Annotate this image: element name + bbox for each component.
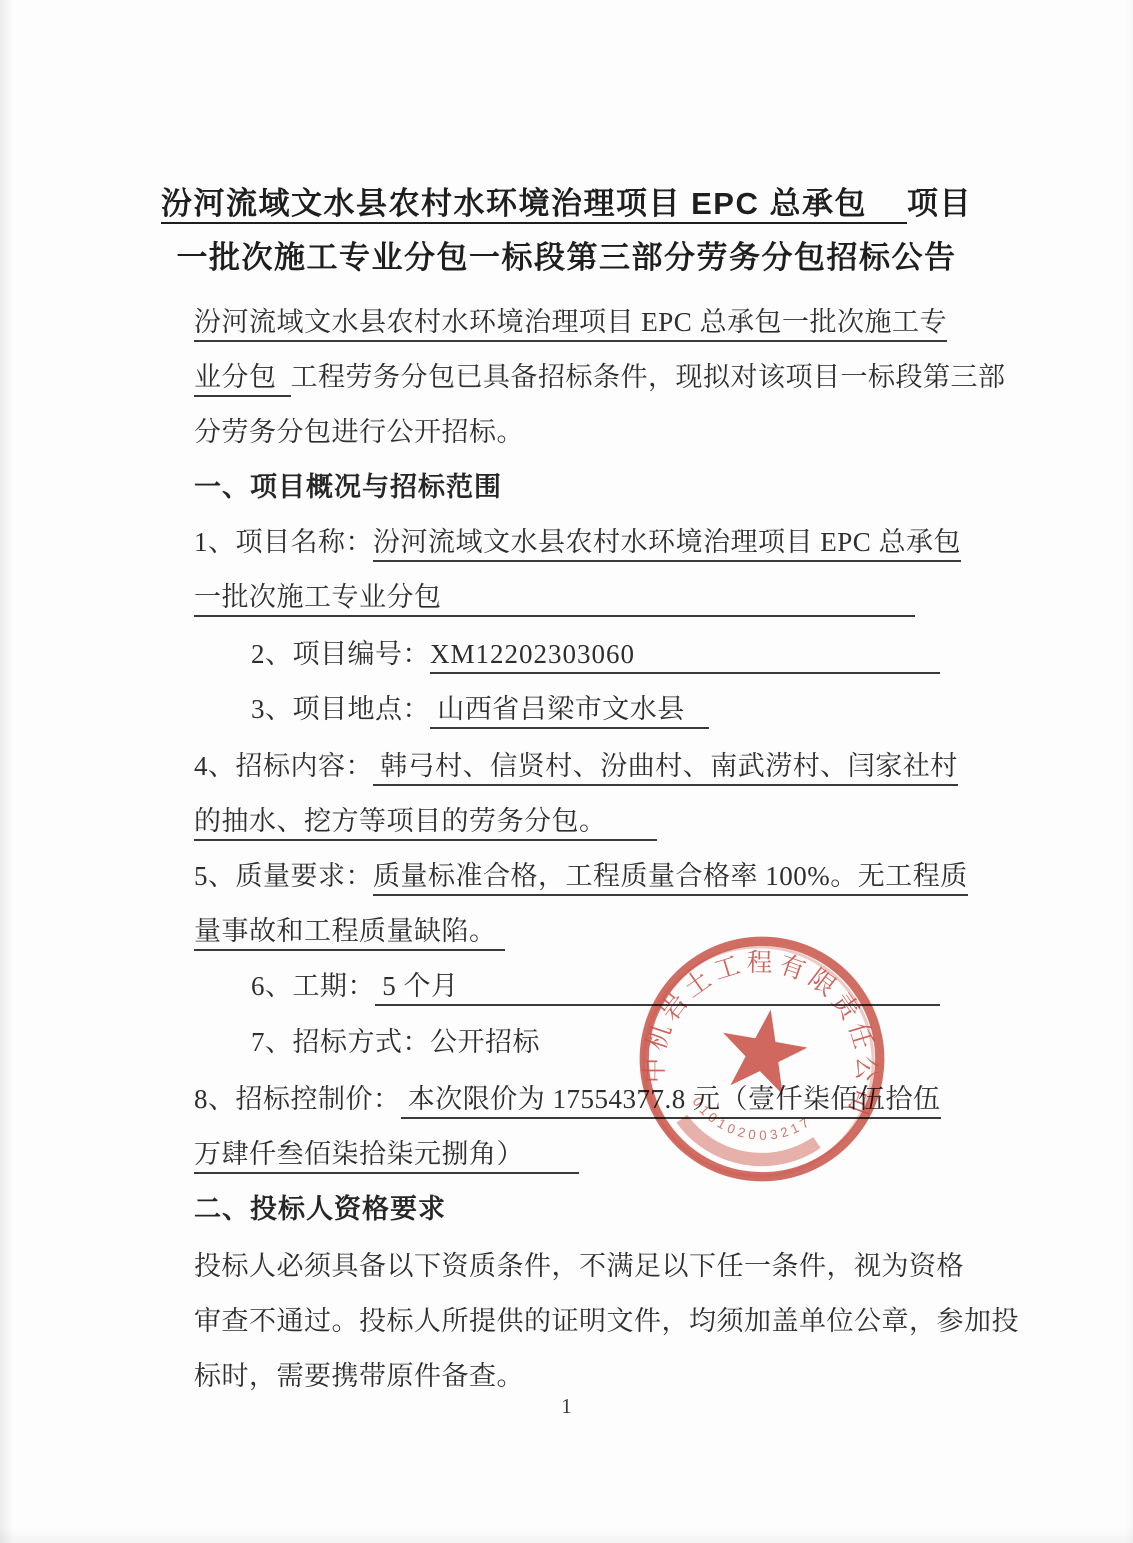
- title-plain-part: 项目: [907, 188, 972, 225]
- item4-value-line2: 的抽水、挖方等项目的劳务分包。: [194, 808, 607, 841]
- item4-label: 4、招标内容：: [194, 753, 373, 786]
- title-line2-text: 一批次施工专业分包一标段第三部分劳务分包招标公告: [177, 242, 957, 279]
- item3-value: 山西省吕梁市文水县: [430, 696, 685, 729]
- item8-label: 8、招标控制价：: [194, 1086, 401, 1119]
- intro-line2-plain: 工程劳务分包已具备招标条件，现拟对该项目一标段第三部: [291, 364, 1006, 397]
- intro-line-1: 汾河流域文水县农村水环境治理项目 EPC 总承包一批次施工专: [194, 298, 940, 342]
- item2-value: XM12202303060: [430, 641, 635, 674]
- item5-line2: 量事故和工程质量缺陷。: [194, 907, 940, 951]
- doc-title-line1: 汾河流域文水县农村水环境治理项目 EPC 总承包项目: [0, 178, 1133, 224]
- underline-fill: [685, 727, 709, 729]
- item5-line1: 5、质量要求：质量标准合格，工程质量合格率 100%。无工程质: [194, 852, 940, 896]
- item6-line: 6、工期： 5 个月: [194, 962, 940, 1006]
- intro-line2-underlined: 业分包: [194, 364, 291, 397]
- doc-title-line2: 一批次施工专业分包一标段第三部分劳务分包招标公告: [0, 232, 1133, 278]
- item1-line2: 一批次施工专业分包: [194, 573, 940, 617]
- item7-line: 7、招标方式：公开招标: [194, 1018, 940, 1062]
- section1-heading: 一、项目概况与招标范围: [194, 463, 940, 507]
- item2-line: 2、项目编号：XM12202303060: [194, 630, 940, 674]
- item8-line1: 8、招标控制价： 本次限价为 17554377.8 元（壹仟柒佰伍拾伍: [194, 1075, 940, 1119]
- intro-line1-underlined: 汾河流域文水县农村水环境治理项目 EPC 总承包一批次施工专: [194, 309, 947, 342]
- underline-fill: [497, 949, 505, 951]
- intro-line-2: 业分包工程劳务分包已具备招标条件，现拟对该项目一标段第三部: [194, 353, 940, 397]
- item4-line1: 4、招标内容： 韩弓村、信贤村、汾曲村、南武涝村、闫家社村: [194, 742, 940, 786]
- section2-heading-text: 二、投标人资格要求: [194, 1196, 446, 1229]
- document-page: 汾河流域文水县农村水环境治理项目 EPC 总承包项目 一批次施工专业分包一标段第…: [0, 0, 1133, 1543]
- underline-fill: [524, 1172, 579, 1174]
- section2-line1-text: 投标人必须具备以下资质条件，不满足以下任一条件，视为资格: [194, 1253, 964, 1286]
- item1-line1: 1、项目名称：汾河流域文水县农村水环境治理项目 EPC 总承包: [194, 518, 940, 562]
- item5-label: 5、质量要求：: [194, 863, 373, 896]
- underline-fill: [607, 839, 657, 841]
- item1-label: 1、项目名称：: [194, 529, 373, 562]
- item8-line2: 万肆仟叁佰柒拾柒元捌角）: [194, 1130, 940, 1174]
- section2-line3-text: 标时，需要携带原件备查。: [194, 1363, 524, 1396]
- title-underlined-part: 汾河流域文水县农村水环境治理项目 EPC 总承包: [161, 188, 907, 224]
- section2-para-line1: 投标人必须具备以下资质条件，不满足以下任一条件，视为资格: [194, 1242, 940, 1286]
- item5-value-line2: 量事故和工程质量缺陷。: [194, 918, 497, 951]
- section2-para-line2: 审查不通过。投标人所提供的证明文件，均须加盖单位公章，参加投: [194, 1297, 940, 1341]
- item5-value-line1: 质量标准合格，工程质量合格率 100%。无工程质: [373, 863, 968, 896]
- item7-label: 7、招标方式：: [251, 1029, 430, 1062]
- underline-fill: [459, 1004, 941, 1006]
- section2-para-line3: 标时，需要携带原件备查。: [194, 1352, 940, 1396]
- item8-value-line2: 万肆仟叁佰柒拾柒元捌角）: [194, 1141, 524, 1174]
- underline-fill: [635, 672, 940, 674]
- item3-label: 3、项目地点：: [251, 696, 430, 729]
- section2-heading: 二、投标人资格要求: [194, 1185, 940, 1229]
- section2-line2-text: 审查不通过。投标人所提供的证明文件，均须加盖单位公章，参加投: [194, 1308, 1019, 1341]
- item1-value-line1: 汾河流域文水县农村水环境治理项目 EPC 总承包: [373, 529, 961, 562]
- item1-value-line2: 一批次施工专业分包: [194, 584, 442, 617]
- item4-line2: 的抽水、挖方等项目的劳务分包。: [194, 797, 940, 841]
- item8-value-line1: 本次限价为 17554377.8 元（壹仟柒佰伍拾伍: [401, 1086, 941, 1119]
- intro-line3-text: 分劳务分包进行公开招标。: [194, 419, 524, 452]
- underline-fill: [442, 615, 916, 617]
- item6-label: 6、工期：: [251, 973, 375, 1006]
- item3-line: 3、项目地点： 山西省吕梁市文水县: [194, 685, 940, 729]
- item4-value-line1: 韩弓村、信贤村、汾曲村、南武涝村、闫家社村: [373, 753, 958, 786]
- item7-value: 公开招标: [430, 1029, 540, 1062]
- section1-heading-text: 一、项目概况与招标范围: [194, 474, 502, 507]
- item2-label: 2、项目编号：: [251, 641, 430, 674]
- item6-value: 5 个月: [375, 973, 459, 1006]
- page-number: 1: [0, 1394, 1133, 1419]
- intro-line-3: 分劳务分包进行公开招标。: [194, 408, 940, 452]
